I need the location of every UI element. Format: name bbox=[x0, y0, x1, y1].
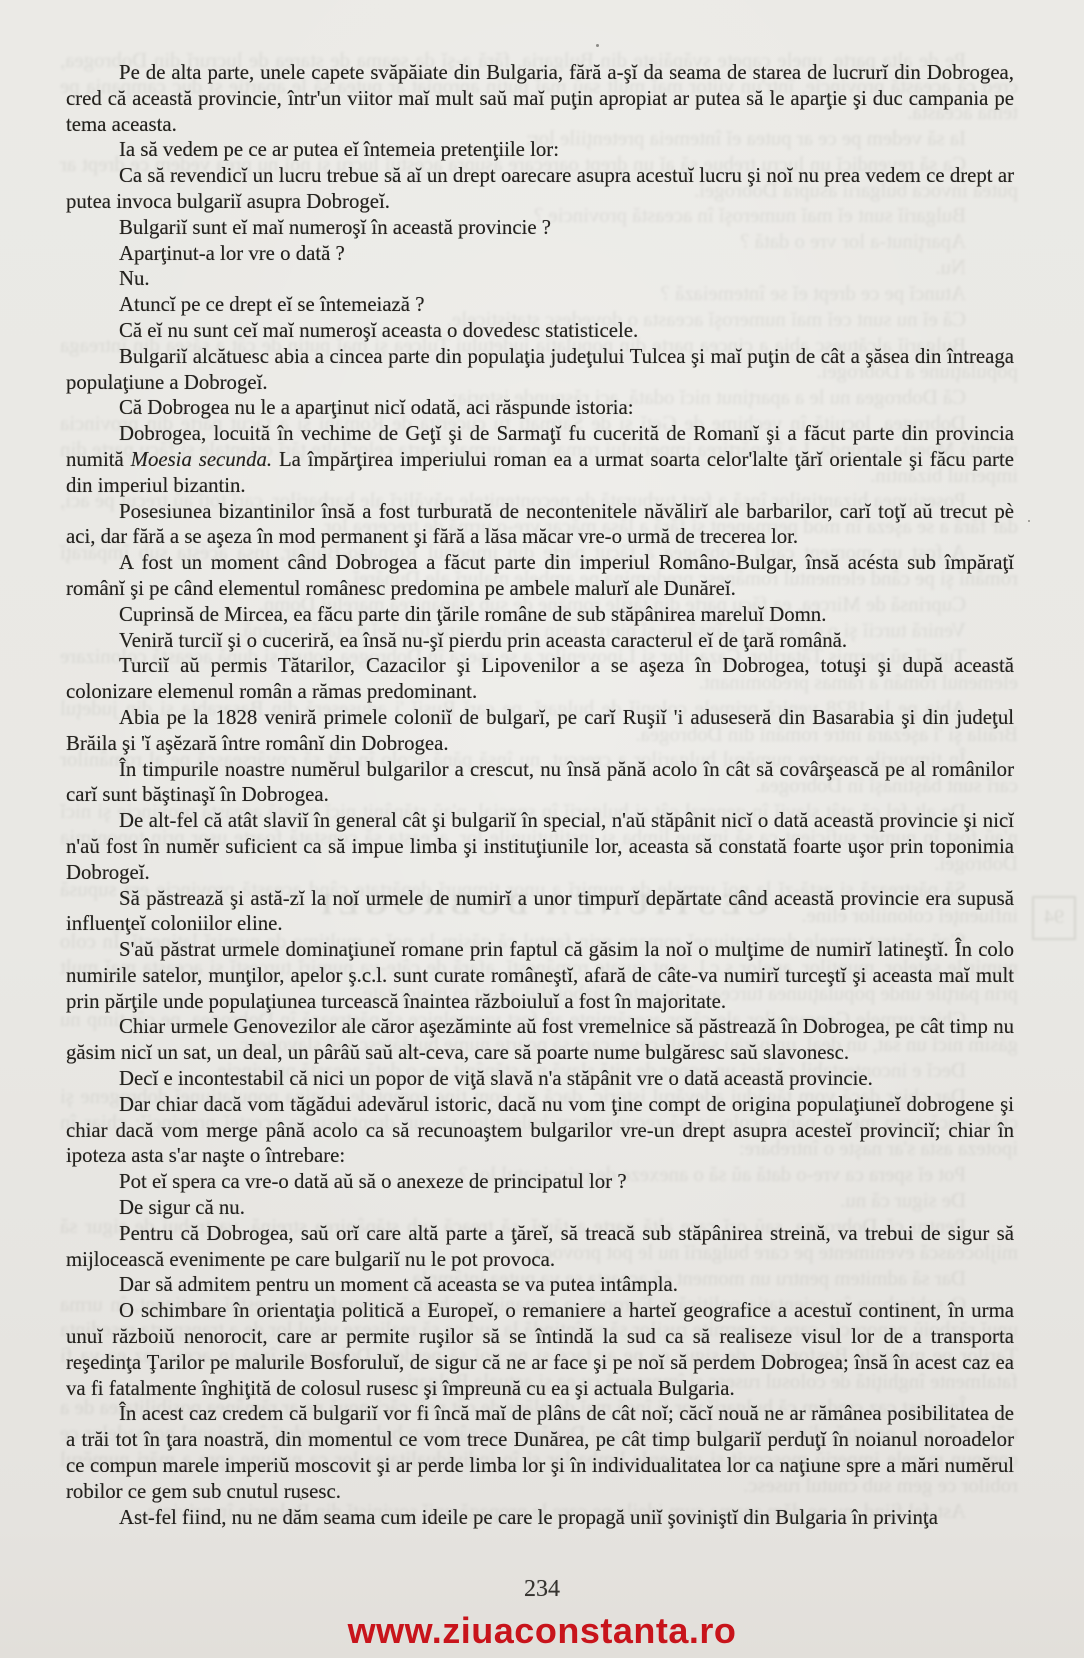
paragraph: Decĭ e incontestabil că nici un popor de… bbox=[66, 1066, 1014, 1092]
paragraph: Nu. bbox=[66, 266, 1014, 292]
paragraph: A fost un moment când Dobrogea a făcut p… bbox=[66, 550, 1014, 602]
paragraph: Cuprinsă de Mircea, ea făcu parte din ţă… bbox=[66, 602, 1014, 628]
paragraph: Dar chiar dacă vom tăgădui adevărul isto… bbox=[66, 1092, 1014, 1169]
paragraph: Bulgariĭ alcătuesc abia a cincea parte d… bbox=[66, 344, 1014, 396]
scan-speckle bbox=[596, 44, 599, 47]
paragraph: Veniră turciĭ şi o cuceriră, ea însă nu-… bbox=[66, 628, 1014, 654]
paragraph: De sigur că nu. bbox=[66, 1195, 1014, 1221]
paragraph: De alt-fel că atât slaviĭ în general cât… bbox=[66, 808, 1014, 885]
watermark-url: www.ziuaconstanta.ro bbox=[0, 1610, 1084, 1652]
paragraph: Atuncĭ pe ce drept eĭ se întemeiază ? bbox=[66, 292, 1014, 318]
page-number: 234 bbox=[0, 1576, 1084, 1603]
paragraph: Bulgariĭ sunt eĭ maĭ numeroşĭ în această… bbox=[66, 215, 1014, 241]
paragraph: Pot eĭ spera ca vre-o dată aŭ să o anexe… bbox=[66, 1169, 1014, 1195]
paragraph: O schimbare în orientaţia politică a Eur… bbox=[66, 1298, 1014, 1401]
text-body: Pe de alta parte, unele capete svăpăiate… bbox=[66, 60, 1014, 1530]
paragraph: S'aŭ păstrat urmele dominaţiuneĭ romane … bbox=[66, 937, 1014, 1014]
paragraph: Ast-fel fiind, nu ne dăm seama cum ideil… bbox=[66, 1505, 1014, 1531]
paragraph: Să păstrează şi astă-zĭ la noĭ urmele de… bbox=[66, 886, 1014, 938]
scanned-book-page: Pe de alta parte, unele capete svăpăiate… bbox=[0, 0, 1084, 1658]
paragraph: Pe de alta parte, unele capete svăpăiate… bbox=[66, 60, 1014, 137]
paragraph: În timpurile noastre numĕrul bulgarilor … bbox=[66, 757, 1014, 809]
paragraph: În acest caz credem că bulgariĭ vor fi î… bbox=[66, 1401, 1014, 1504]
scan-speckle bbox=[1028, 520, 1030, 522]
paragraph: Abia pe la 1828 veniră primele coloniĭ d… bbox=[66, 705, 1014, 757]
paragraph: Posesiunea bizantinilor însă a fost turb… bbox=[66, 499, 1014, 551]
paragraph: Că eĭ nu sunt ceĭ maĭ numeroşĭ aceasta o… bbox=[66, 318, 1014, 344]
paragraph: Pentru că Dobrogea, saŭ orĭ care altă pa… bbox=[66, 1221, 1014, 1273]
paragraph: Dar să admitem pentru un moment că aceas… bbox=[66, 1272, 1014, 1298]
paragraph: Chiar urmele Genovezilor ale căror aşeză… bbox=[66, 1014, 1014, 1066]
paragraph: Ca să revendicĭ un lucru trebue să aĭ un… bbox=[66, 163, 1014, 215]
paragraph: Turciĭ aŭ permis Tătarilor, Cazacilor şi… bbox=[66, 653, 1014, 705]
bleedthrough-page-marker: 94 bbox=[1032, 896, 1076, 940]
paragraph: Dobrogea, locuită în vechime de Geţĭ şi … bbox=[66, 421, 1014, 498]
paragraph: Că Dobrogea nu le a aparţinut nicĭ odată… bbox=[66, 395, 1014, 421]
paragraph: Aparţinut-a lor vre o dată ? bbox=[66, 241, 1014, 267]
paragraph: Ia să vedem pe ce ar putea eĭ întemeia p… bbox=[66, 137, 1014, 163]
